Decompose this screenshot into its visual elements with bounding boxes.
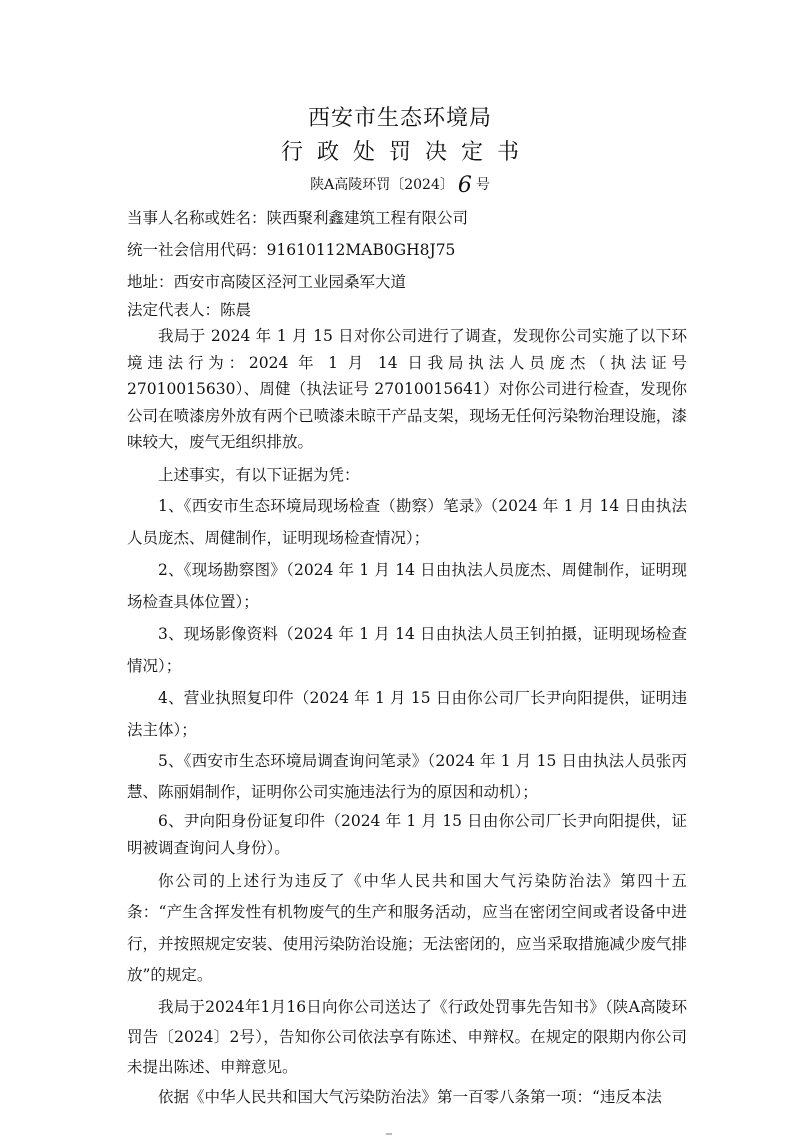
facts-paragraph: 我局于 2024 年 1 月 15 日对你公司进行了调查，发现你公司实施了以下环… bbox=[127, 323, 687, 456]
document-type-title: 行政处罚决定书 bbox=[0, 135, 800, 166]
agency-title: 西安市生态环境局 bbox=[0, 101, 800, 132]
doc-number-suffix: 号 bbox=[476, 177, 490, 193]
legal-rep-label: 法定代表人： bbox=[127, 301, 220, 319]
evidence-item-5: 5、《西安市生态环境局调查询问笔录》（2024 年 1 月 15 日由执法人员张… bbox=[127, 746, 687, 808]
doc-number-handwritten: 6 bbox=[458, 173, 472, 198]
evidence-item-2: 2、《现场勘察图》（2024 年 1 月 14 日由执法人员庞杰、周健制作，证明… bbox=[127, 554, 687, 618]
violation-paragraph: 你公司的上述行为违反了《中华人民共和国大气污染防治法》第四十五条：“产生含挥发性… bbox=[127, 866, 687, 992]
prior-notice-paragraph: 我局于2024年1月16日向你公司送达了《行政处罚事先告知书》（陕A高陵环罚告〔… bbox=[127, 992, 687, 1082]
legal-rep-value: 陈晨 bbox=[220, 301, 251, 319]
credit-code-value: 91610112MAB0GH8J75 bbox=[267, 241, 456, 259]
doc-number-prefix: 陕A高陵环罚〔2024〕 bbox=[310, 177, 454, 193]
legal-basis-paragraph: 依据《中华人民共和国大气污染防治法》第一百零八条第一项：“违反本法 bbox=[127, 1082, 687, 1112]
address-label: 地址： bbox=[127, 273, 174, 291]
address-value: 西安市高陵区泾河工业园桑军大道 bbox=[174, 273, 407, 291]
evidence-item-1: 1、《西安市生态环境局现场检查（勘察）笔录》（2024 年 1 月 14 日由执… bbox=[127, 490, 687, 554]
address-line: 地址：西安市高陵区泾河工业园桑军大道 bbox=[127, 267, 687, 297]
party-name-value: 陕西聚利鑫建筑工程有限公司 bbox=[267, 209, 469, 227]
document-body: 当事人名称或姓名：陕西聚利鑫建筑工程有限公司 统一社会信用代码：91610112… bbox=[127, 203, 687, 1112]
document-page: 西安市生态环境局 行政处罚决定书 陕A高陵环罚〔2024〕6号 当事人名称或姓名… bbox=[0, 0, 800, 1140]
evidence-item-6: 6、尹向阳身份证复印件（2024 年 1 月 15 日由你公司厂长尹向阳提供，证… bbox=[127, 808, 687, 862]
evidence-item-3: 3、现场影像资料（2024 年 1 月 14 日由执法人员王钊拍摄，证明现场检查… bbox=[127, 618, 687, 682]
evidence-item-4: 4、营业执照复印件（2024 年 1 月 15 日由你公司厂长尹向阳提供，证明违… bbox=[127, 682, 687, 746]
party-name-label: 当事人名称或姓名： bbox=[127, 209, 267, 227]
document-number: 陕A高陵环罚〔2024〕6号 bbox=[0, 173, 800, 198]
evidence-intro: 上述事实，有以下证据为凭： bbox=[127, 460, 687, 490]
party-name-line: 当事人名称或姓名：陕西聚利鑫建筑工程有限公司 bbox=[127, 203, 687, 233]
legal-rep-line: 法定代表人：陈晨 bbox=[127, 297, 687, 323]
credit-code-line: 统一社会信用代码：91610112MAB0GH8J75 bbox=[127, 235, 687, 265]
page-mark bbox=[386, 1133, 392, 1135]
credit-code-label: 统一社会信用代码： bbox=[127, 241, 267, 259]
